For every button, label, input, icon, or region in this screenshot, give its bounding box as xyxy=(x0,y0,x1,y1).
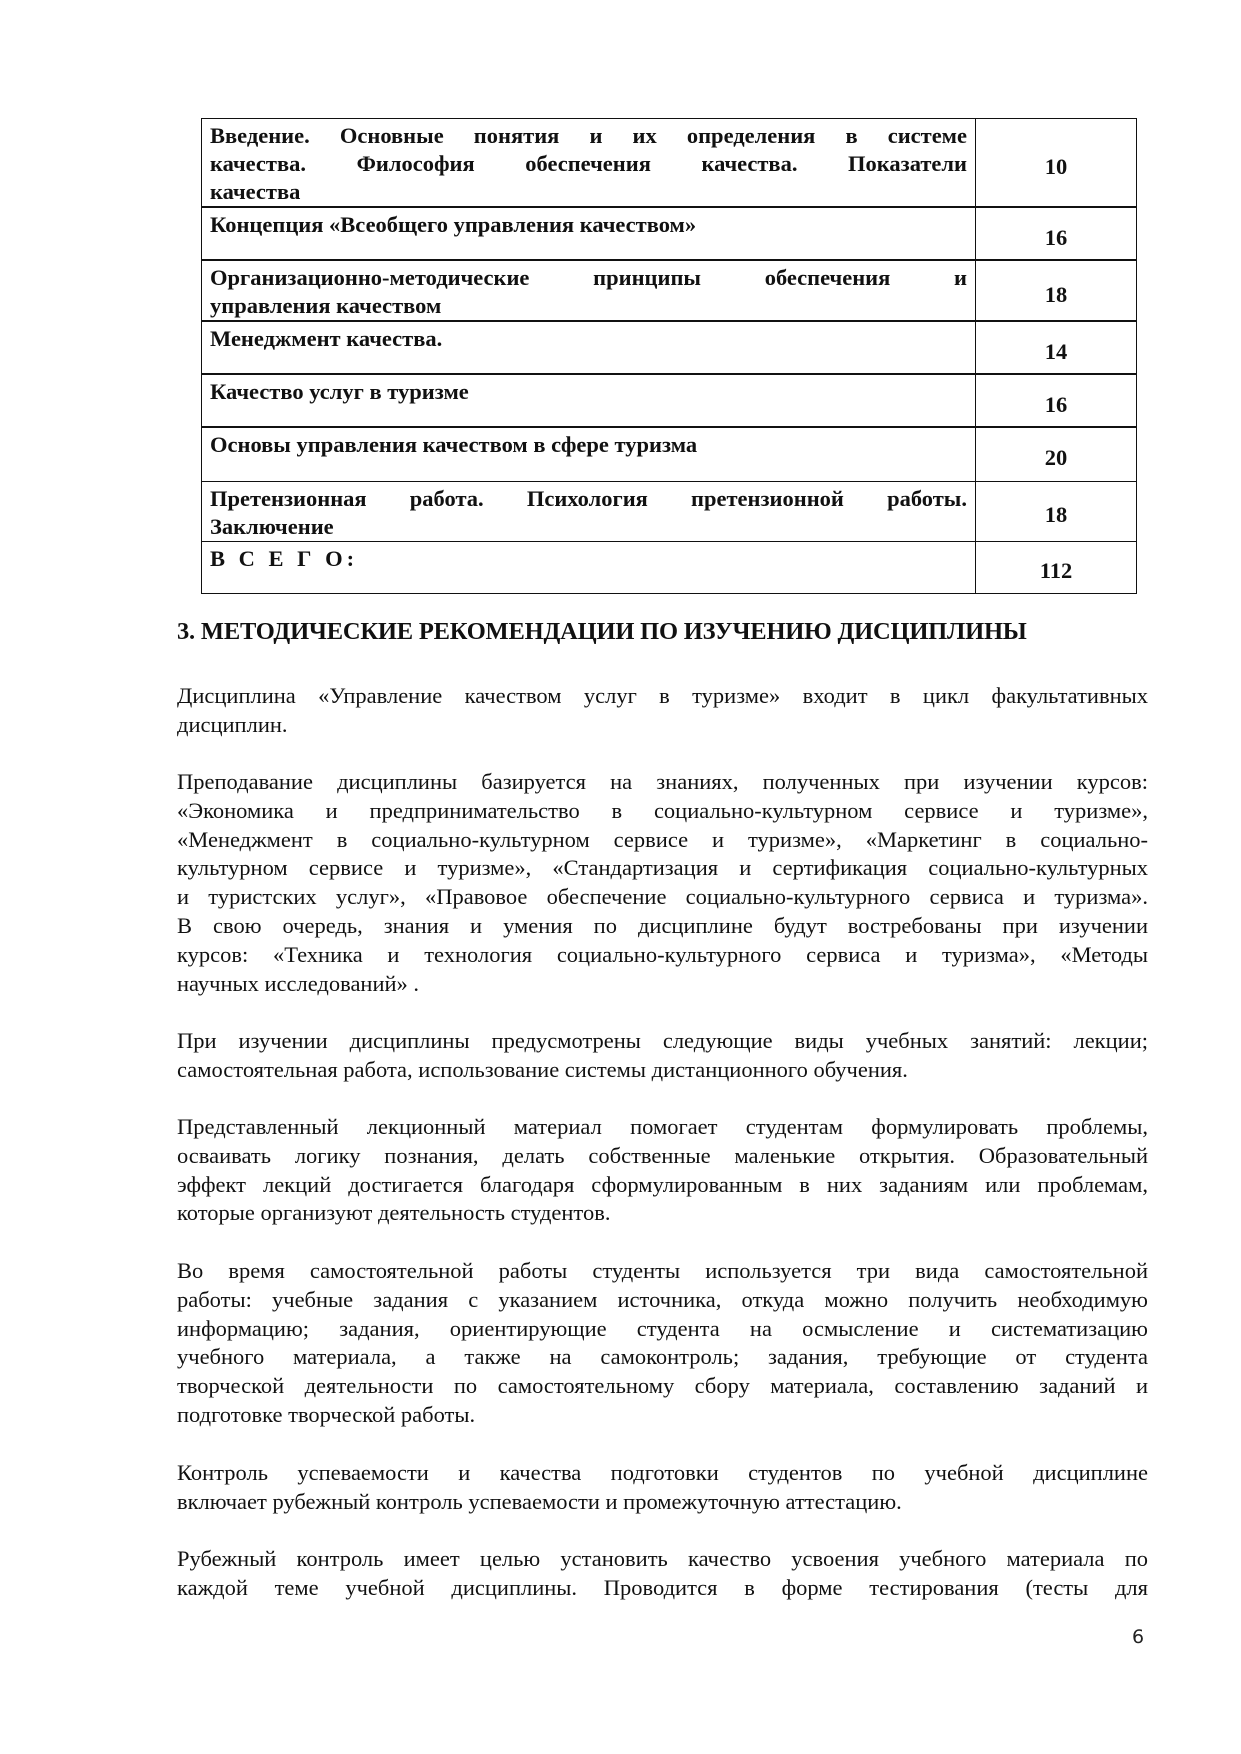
topic-cell: Организационно-методические принципы обе… xyxy=(202,260,976,321)
topic-line: Основы управления качеством в сфере тури… xyxy=(210,431,967,459)
topic-line: Организационно-методические принципы обе… xyxy=(210,264,967,292)
text-line: «Менеджмент в социально-культурном серви… xyxy=(177,826,1148,855)
total-label-cell: В С Е Г О: xyxy=(202,541,976,593)
topic-line: управления качеством xyxy=(210,292,967,320)
topic-line: качества. Философия обеспечения качества… xyxy=(210,150,967,178)
paragraph: Во время самостоятельной работы студенты… xyxy=(177,1257,1148,1430)
table-row: Организационно-методические принципы обе… xyxy=(202,260,1137,321)
paragraph: Рубежный контроль имеет целью установить… xyxy=(177,1545,1148,1603)
text-line: курсов: «Техника и технология социально-… xyxy=(177,941,1148,970)
topic-line: качества xyxy=(210,178,967,206)
hours-value: 14 xyxy=(1045,339,1068,364)
text-line: дисциплин. xyxy=(177,711,1148,740)
section-heading: 3. МЕТОДИЧЕСКИЕ РЕКОМЕНДАЦИИ ПО ИЗУЧЕНИЮ… xyxy=(177,618,1157,646)
text-line: культурном сервисе и туризме», «Стандарт… xyxy=(177,854,1148,883)
topic-cell: Основы управления качеством в сфере тури… xyxy=(202,427,976,481)
text-line: включает рубежный контроль успеваемости … xyxy=(177,1488,1148,1517)
topic-line: Претензионная работа. Психология претенз… xyxy=(210,485,967,513)
table-row: Введение. Основные понятия и их определе… xyxy=(202,119,1137,208)
topic-line: Введение. Основные понятия и их определе… xyxy=(210,122,967,150)
table-row: Качество услуг в туризме 16 xyxy=(202,374,1137,427)
paragraph: Преподавание дисциплины базируется на зн… xyxy=(177,768,1148,998)
table-row: Основы управления качеством в сфере тури… xyxy=(202,427,1137,481)
text-line: Контроль успеваемости и качества подгото… xyxy=(177,1459,1148,1488)
topic-line: Заключение xyxy=(210,513,967,541)
page-number: 6 xyxy=(1132,1626,1144,1648)
text-line: подготовке творческой работы. xyxy=(177,1401,1148,1430)
table-row: Претензионная работа. Психология претенз… xyxy=(202,481,1137,541)
text-line: творческой деятельности по самостоятельн… xyxy=(177,1372,1148,1401)
topic-cell: Менеджмент качества. xyxy=(202,321,976,374)
text-line: Во время самостоятельной работы студенты… xyxy=(177,1257,1148,1286)
text-line: и туристских услуг», «Правовое обеспечен… xyxy=(177,883,1148,912)
hours-cell: 14 xyxy=(976,321,1137,374)
table-row-total: В С Е Г О: 112 xyxy=(202,541,1137,593)
topic-cell: Претензионная работа. Психология претенз… xyxy=(202,481,976,541)
paragraph: Дисциплина «Управление качеством услуг в… xyxy=(177,682,1148,740)
hours-cell: 16 xyxy=(976,207,1137,260)
text-line: Дисциплина «Управление качеством услуг в… xyxy=(177,682,1148,711)
total-label: В С Е Г О: xyxy=(210,545,967,573)
hours-cell: 10 xyxy=(976,119,1137,208)
paragraph: При изучении дисциплины предусмотрены сл… xyxy=(177,1027,1148,1085)
text-line: Представленный лекционный материал помог… xyxy=(177,1113,1148,1142)
hours-value: 16 xyxy=(1045,392,1068,417)
text-line: научных исследований» . xyxy=(177,970,1148,999)
document-page: Введение. Основные понятия и их определе… xyxy=(0,0,1241,1754)
topic-cell: Введение. Основные понятия и их определе… xyxy=(202,119,976,208)
hours-cell: 18 xyxy=(976,260,1137,321)
topic-line: Качество услуг в туризме xyxy=(210,378,967,406)
total-hours-value: 112 xyxy=(1040,558,1073,583)
hours-cell: 20 xyxy=(976,427,1137,481)
text-line: которые организуют деятельность студенто… xyxy=(177,1199,1148,1228)
paragraph: Представленный лекционный материал помог… xyxy=(177,1113,1148,1228)
text-line: Рубежный контроль имеет целью установить… xyxy=(177,1545,1148,1574)
table-row: Концепция «Всеобщего управления качество… xyxy=(202,207,1137,260)
text-line: В свою очередь, знания и умения по дисци… xyxy=(177,912,1148,941)
hours-value: 20 xyxy=(1045,445,1068,470)
hours-value: 18 xyxy=(1045,282,1068,307)
text-line: каждой теме учебной дисциплины. Проводит… xyxy=(177,1574,1148,1603)
paragraph: Контроль успеваемости и качества подгото… xyxy=(177,1459,1148,1517)
hours-value: 16 xyxy=(1045,225,1068,250)
total-hours-cell: 112 xyxy=(976,541,1137,593)
topic-cell: Качество услуг в туризме xyxy=(202,374,976,427)
topic-cell: Концепция «Всеобщего управления качество… xyxy=(202,207,976,260)
hours-value: 18 xyxy=(1045,502,1068,527)
hours-cell: 16 xyxy=(976,374,1137,427)
table-row: Менеджмент качества. 14 xyxy=(202,321,1137,374)
text-line: осваивать логику познания, делать собств… xyxy=(177,1142,1148,1171)
topic-line: Концепция «Всеобщего управления качество… xyxy=(210,211,967,239)
text-line: информацию; задания, ориентирующие студе… xyxy=(177,1315,1148,1344)
topic-line: Менеджмент качества. xyxy=(210,325,967,353)
text-line: При изучении дисциплины предусмотрены сл… xyxy=(177,1027,1148,1056)
text-line: самостоятельная работа, использование си… xyxy=(177,1056,1148,1085)
text-line: эффект лекций достигается благодаря сфор… xyxy=(177,1171,1148,1200)
hours-value: 10 xyxy=(1045,154,1068,179)
text-line: Преподавание дисциплины базируется на зн… xyxy=(177,768,1148,797)
topics-hours-table: Введение. Основные понятия и их определе… xyxy=(201,118,1137,594)
text-line: «Экономика и предпринимательство в социа… xyxy=(177,797,1148,826)
text-line: работы: учебные задания с указанием исто… xyxy=(177,1286,1148,1315)
text-line: учебного материала, а также на самоконтр… xyxy=(177,1343,1148,1372)
hours-cell: 18 xyxy=(976,481,1137,541)
